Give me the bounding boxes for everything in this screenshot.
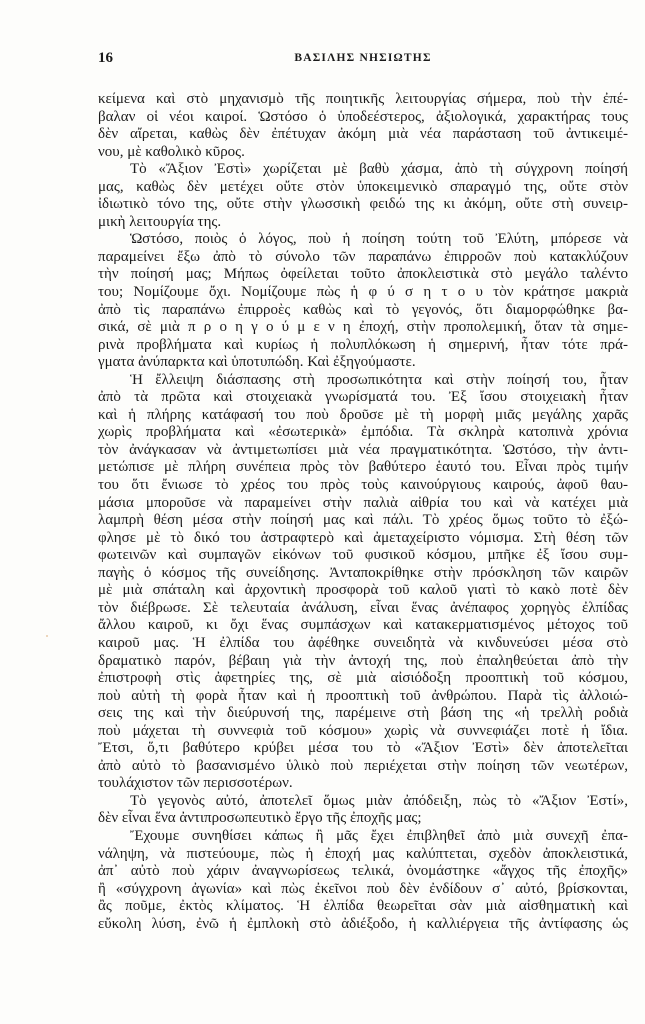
text-line: ρινὰ προβλήματα καὶ κυρίως ἡ πολυπλόκωση… [98,337,628,355]
text-line: μετώπισε μὲ πλήρη συνέπεια πρὸς τὸν βαθύ… [98,459,628,477]
text-line: τὴν ποίησή μας; Μήπως ὀφείλεται τοῦτο ἀπ… [98,266,628,284]
text-line: δὲν αἴρεται, καθὼς δὲν ἐπέτυχαν ἀκόμη μι… [98,126,628,144]
text-line: σικά, σὲ μιὰ π ρ ο η γ ο ύ μ ε ν η ἐποχή… [98,319,628,337]
text-line: ἀπ᾿ αὐτὸ ποὺ χάριν ἀναγνωρίσεως τελικά, … [98,863,628,881]
text-line: μικὴ λειτουργία της. [98,214,628,232]
text-line: μας, καθὼς δὲν μετέχει οὔτε στὸν ὑποκειμ… [98,179,628,197]
text-line: Τὸ «Ἄξιον Ἐστὶ» χωρίζεται μὲ βαθὺ χάσμα,… [98,161,628,179]
book-page: 16 ΒΑΣΙΛΗΣ ΝΗΣΙΩΤΗΣ κείμενα καὶ στὸ μηχα… [0,0,645,1024]
text-line: ἄλλου καιροῦ, κι ὄχι ἕνας συμπάσχων καὶ … [98,617,628,635]
text-line: ἀπὸ αὐτὸ τὸ βασανισμένο ὑλικὸ ποὺ περιέχ… [98,758,628,776]
paragraph: Ἡ ἔλλειψη διάσπασης στὴ προσωπικότητα κα… [98,372,628,793]
text-line: του ὅτι ἔνιωσε τὸ χρέος του πρὸς τοὺς κα… [98,477,628,495]
text-line: καιροῦ μας. Ἡ ἐλπίδα του ἀφέθηκε συνειδη… [98,635,628,653]
paragraph: κείμενα καὶ στὸ μηχανισμὸ τῆς ποιητικῆς … [98,91,628,161]
text-line: τὸν ἀνάγκασαν νὰ ἀντιμετωπίσει μιὰ νέα π… [98,442,628,460]
paper-speck [46,635,48,637]
text-line: Ἔτσι, ὅ,τι βαθύτερο κρύβει μέσα του τὸ «… [98,740,628,758]
text-line: δραματικὸ παρόν, βέβαιη γιὰ τὴν ἀντοχή τ… [98,653,628,671]
text-line: ἀπὸ τὶς παραπάνω ἐπιρροὲς καθὼς καὶ τὸ γ… [98,302,628,320]
paragraph: Ὡστόσο, ποιὸς ὁ λόγος, ποὺ ἡ ποίηση τούτ… [98,231,628,371]
text-line: σεις της καὶ τὴν διεύρυνσή της, παρέμειν… [98,705,628,723]
paragraph: Τὸ γεγονὸς αὐτό, ἀποτελεῖ ὅμως μιὰν ἀπόδ… [98,793,628,828]
text-line: ἰδιωτικὸ τόνο της, οὔτε στὴν γλωσσικὴ φε… [98,196,628,214]
text-line: του; Νομίζουμε ὄχι. Νομίζουμε πὼς ἡ φ ύ … [98,284,628,302]
text-line: λαμπρὴ θέση μέσα στὴν ποίησή μας καὶ πάλ… [98,512,628,530]
text-line: εὔκολη λύση, ἐνῶ ἡ ἐμπλοκὴ στὸ ἀδιέξοδο,… [98,916,628,934]
text-line: ἂς ποῦμε, ἐκτὸς κλίματος. Ἡ ἐλπίδα θεωρε… [98,898,628,916]
text-line: νάληψη, νὰ πιστεύουμε, πὼς ἡ ἐποχή μας κ… [98,846,628,864]
text-line: Ὡστόσο, ποιὸς ὁ λόγος, ποὺ ἡ ποίηση τούτ… [98,231,628,249]
text-line: ἀπὸ τὰ πρῶτα καὶ στοιχειακὰ γνωρίσματά τ… [98,389,628,407]
text-line: γματα ἀνύπαρκτα καὶ ὑποτυπώδη. Καὶ ἐξηγο… [98,354,628,372]
text-line: παραμείνει ἔξω ἀπὸ τὸ σύνολο τῶν παραπάν… [98,249,628,267]
text-line: βαλαν οἱ νέοι καιροί. Ὡστόσο ὁ ὑποδεέστε… [98,109,628,127]
body-text: κείμενα καὶ στὸ μηχανισμὸ τῆς ποιητικῆς … [98,91,628,933]
text-line: τουλάχιστον τῶν περισσοτέρων. [98,775,628,793]
text-line: ποὺ αὐτὴ τὴ φορὰ ἦταν καὶ ἡ προοπτικὴ το… [98,688,628,706]
text-line: μὲ μιὰ σπάταλη καὶ ἀρχοντικὴ προσφορὰ το… [98,582,628,600]
text-line: καὶ ἡ πλήρης κατάφασή του ποὺ δροῦσε μὲ … [98,407,628,425]
text-line: Ἔχουμε συνηθίσει κάπως ἢ μᾶς ἔχει ἐπιβλη… [98,828,628,846]
text-line: Ἡ ἔλλειψη διάσπασης στὴ προσωπικότητα κα… [98,372,628,390]
text-line: ἢ «σύγχρονη ἀγωνία» καὶ πὼς ἐκεῖνοι ποὺ … [98,881,628,899]
text-line: χωρὶς προβλήματα καὶ «ἐσωτερικὰ» ἐμπόδια… [98,424,628,442]
text-line: μάσια μποροῦσε νὰ παραμείνει στὴν παλιὰ … [98,495,628,513]
running-head-author: ΒΑΣΙΛΗΣ ΝΗΣΙΩΤΗΣ [98,52,628,64]
text-line: δὲν εἶναι ἕνα ἀντιπροσωπευτικὸ ἔργο τῆς … [98,810,628,828]
paragraph: Τὸ «Ἄξιον Ἐστὶ» χωρίζεται μὲ βαθὺ χάσμα,… [98,161,628,231]
text-line: κείμενα καὶ στὸ μηχανισμὸ τῆς ποιητικῆς … [98,91,628,109]
text-line: παγὴς ὁ κόσμος τῆς συνείδησης. Ἀνταποκρί… [98,565,628,583]
text-line: ἐπιστροφὴ στὶς ἀφετηρίες της, σὲ μιὰ αἰσ… [98,670,628,688]
text-line: ποὺ μάχεται τὴ συννεφιὰ τοῦ κόσμου» χωρὶ… [98,723,628,741]
text-line: τὸν διέβρωσε. Σὲ τελευταία ἀνάλυση, εἶνα… [98,600,628,618]
text-line: φλησε μὲ τὸ δικό του ἀστραφτερὸ καὶ ἀμετ… [98,530,628,548]
text-line: Τὸ γεγονὸς αὐτό, ἀποτελεῖ ὅμως μιὰν ἀπόδ… [98,793,628,811]
text-line: νου, μὲ καθολικὸ κῦρος. [98,144,628,162]
paragraph: Ἔχουμε συνηθίσει κάπως ἢ μᾶς ἔχει ἐπιβλη… [98,828,628,933]
text-line: φωτεινῶν καὶ συμπαγῶν εἰκόνων τοῦ φυσικο… [98,547,628,565]
page-header: 16 ΒΑΣΙΛΗΣ ΝΗΣΙΩΤΗΣ [98,50,628,70]
